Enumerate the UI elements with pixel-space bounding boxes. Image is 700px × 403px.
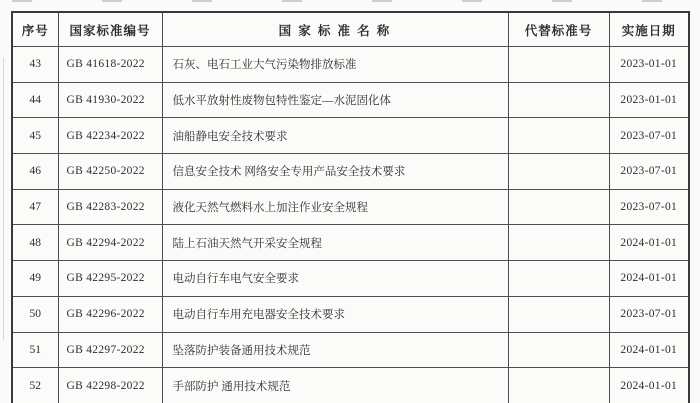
cell-standard-name: 手部防护 通用技术规范: [162, 368, 508, 403]
cell-standard-code: GB 41618-2022: [58, 47, 162, 83]
cell-implementation-date: 2024-01-01: [609, 368, 689, 403]
cell-standard-name: 坠落防护装备通用技术规范: [162, 332, 508, 368]
cell-replaced-code: [508, 225, 609, 261]
scanned-document-page: 序号 国家标准编号 国 家 标 准 名 称 代替标准号 实施日期 43 GB 4…: [0, 0, 700, 403]
cell-implementation-date: 2023-07-01: [609, 154, 689, 190]
cell-replaced-code: [508, 332, 609, 368]
cell-index: 43: [12, 47, 58, 83]
cell-standard-name: 油船静电安全技术要求: [162, 118, 508, 154]
cell-implementation-date: 2024-01-01: [609, 225, 689, 261]
cell-implementation-date: 2024-01-01: [609, 332, 689, 368]
cell-index: 52: [12, 368, 58, 403]
table-row: 43 GB 41618-2022 石灰、电石工业大气污染物排放标准 2023-0…: [12, 47, 689, 83]
cell-implementation-date: 2024-01-01: [609, 261, 689, 297]
cell-replaced-code: [508, 82, 609, 118]
table-row: 52 GB 42298-2022 手部防护 通用技术规范 2024-01-01: [12, 368, 689, 403]
cell-replaced-code: [508, 296, 609, 332]
cell-implementation-date: 2023-01-01: [609, 47, 689, 83]
header-standard-code: 国家标准编号: [58, 12, 162, 47]
cell-index: 44: [12, 82, 58, 118]
cell-standard-name: 电动自行车用充电器安全技术要求: [162, 296, 508, 332]
cell-standard-code: GB 42296-2022: [58, 296, 162, 332]
table-row: 51 GB 42297-2022 坠落防护装备通用技术规范 2024-01-01: [12, 332, 689, 368]
header-standard-name: 国 家 标 准 名 称: [162, 12, 508, 47]
cell-replaced-code: [508, 368, 609, 403]
cell-standard-name: 石灰、电石工业大气污染物排放标准: [162, 47, 508, 83]
table-body: 43 GB 41618-2022 石灰、电石工业大气污染物排放标准 2023-0…: [12, 47, 689, 403]
table-row: 46 GB 42250-2022 信息安全技术 网络安全专用产品安全技术要求 2…: [12, 154, 689, 190]
table-header: 序号 国家标准编号 国 家 标 准 名 称 代替标准号 实施日期: [12, 12, 689, 47]
cell-index: 47: [12, 189, 58, 225]
cell-index: 48: [12, 225, 58, 261]
cell-standard-code: GB 42283-2022: [58, 189, 162, 225]
cell-implementation-date: 2023-07-01: [609, 189, 689, 225]
table-row: 47 GB 42283-2022 液化天然气燃料水上加注作业安全规程 2023-…: [12, 189, 689, 225]
cell-index: 45: [12, 118, 58, 154]
scan-artifact-top: [12, 0, 690, 2]
header-row: 序号 国家标准编号 国 家 标 准 名 称 代替标准号 实施日期: [12, 12, 689, 47]
cell-standard-name: 低水平放射性废物包特性鉴定—水泥固化体: [162, 82, 508, 118]
cell-replaced-code: [508, 261, 609, 297]
cell-standard-name: 液化天然气燃料水上加注作业安全规程: [162, 189, 508, 225]
cell-replaced-code: [508, 189, 609, 225]
cell-implementation-date: 2023-07-01: [609, 296, 689, 332]
cell-implementation-date: 2023-07-01: [609, 118, 689, 154]
cell-replaced-code: [508, 47, 609, 83]
table-row: 48 GB 42294-2022 陆上石油天然气开采安全规程 2024-01-0…: [12, 225, 689, 261]
cell-standard-code: GB 42234-2022: [58, 118, 162, 154]
national-standards-table: 序号 国家标准编号 国 家 标 准 名 称 代替标准号 实施日期 43 GB 4…: [11, 11, 690, 403]
cell-standard-code: GB 41930-2022: [58, 82, 162, 118]
cell-standard-code: GB 42250-2022: [58, 154, 162, 190]
cell-standard-name: 信息安全技术 网络安全专用产品安全技术要求: [162, 154, 508, 190]
header-implementation-date: 实施日期: [609, 12, 689, 47]
cell-standard-code: GB 42295-2022: [58, 261, 162, 297]
table-row: 44 GB 41930-2022 低水平放射性废物包特性鉴定—水泥固化体 202…: [12, 82, 689, 118]
cell-standard-code: GB 42298-2022: [58, 368, 162, 403]
table-row: 45 GB 42234-2022 油船静电安全技术要求 2023-07-01: [12, 118, 689, 154]
cell-standard-code: GB 42297-2022: [58, 332, 162, 368]
cell-replaced-code: [508, 154, 609, 190]
cell-replaced-code: [508, 118, 609, 154]
cell-standard-code: GB 42294-2022: [58, 225, 162, 261]
cell-implementation-date: 2023-01-01: [609, 82, 689, 118]
header-index: 序号: [12, 12, 58, 47]
cell-index: 49: [12, 261, 58, 297]
scan-artifact-left: [3, 58, 4, 340]
cell-index: 51: [12, 332, 58, 368]
cell-standard-name: 电动自行车电气安全要求: [162, 261, 508, 297]
table-row: 50 GB 42296-2022 电动自行车用充电器安全技术要求 2023-07…: [12, 296, 689, 332]
cell-index: 46: [12, 154, 58, 190]
header-replaced-code: 代替标准号: [508, 12, 609, 47]
table-row: 49 GB 42295-2022 电动自行车电气安全要求 2024-01-01: [12, 261, 689, 297]
cell-standard-name: 陆上石油天然气开采安全规程: [162, 225, 508, 261]
cell-index: 50: [12, 296, 58, 332]
